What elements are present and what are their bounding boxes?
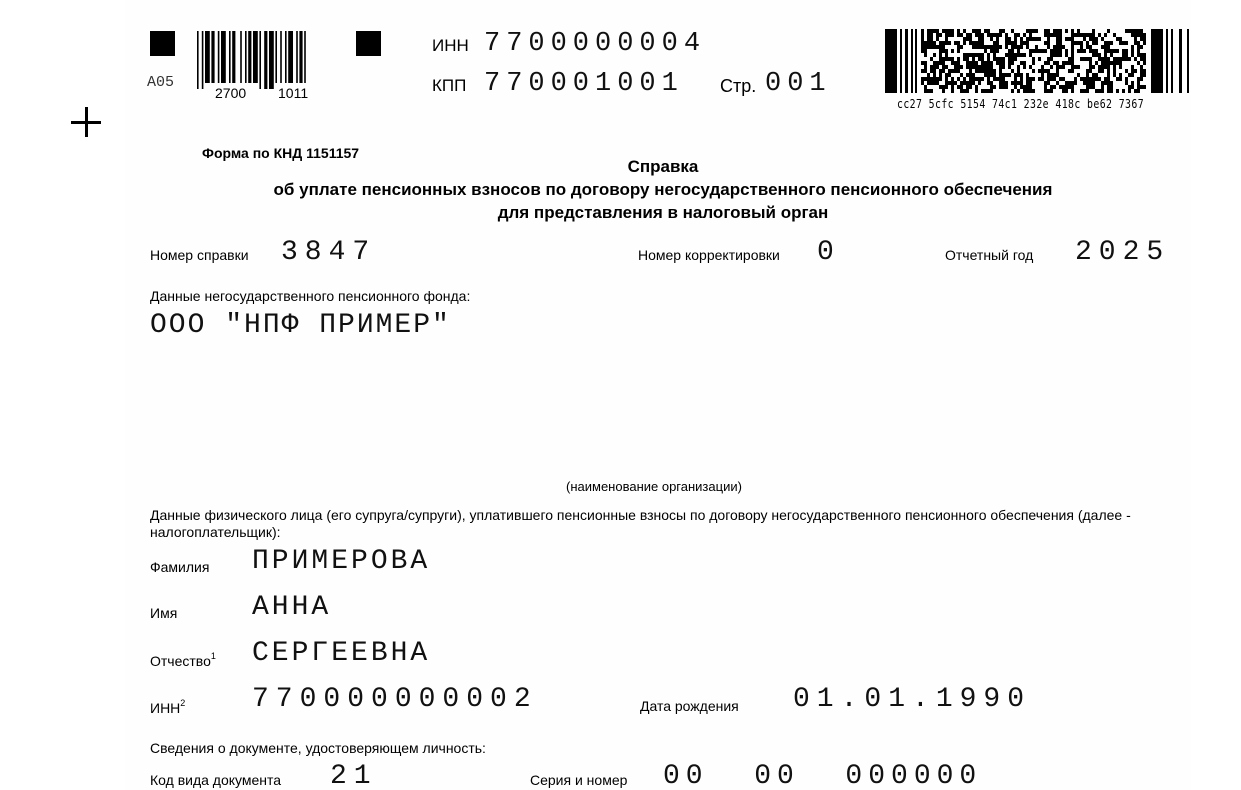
pdf417-barcode-icon xyxy=(885,29,1195,93)
person-inn-footnote: 2 xyxy=(180,698,185,708)
page-value: 001 xyxy=(765,69,832,99)
inn-value: 7700000004 xyxy=(484,29,706,59)
correction-value[interactable]: 0 xyxy=(817,237,843,268)
year-value[interactable]: 2025 xyxy=(1075,237,1170,268)
barcode-number-1: 2700 xyxy=(215,85,246,101)
patronymic-label-text: Отчество xyxy=(150,653,211,669)
page-label: Стр. xyxy=(720,76,756,97)
patronymic-label: Отчество1 xyxy=(150,651,216,669)
correction-label: Номер корректировки xyxy=(638,247,780,263)
barcode-number-2: 1011 xyxy=(278,85,308,101)
person-inn-value[interactable]: 770000000002 xyxy=(252,684,538,715)
patronymic-value[interactable]: СЕРГЕЕВНА xyxy=(252,638,430,669)
inn-label: ИНН xyxy=(432,36,469,56)
fund-label: Данные негосударственного пенсионного фо… xyxy=(150,288,470,304)
patronymic-footnote: 1 xyxy=(211,651,216,661)
name-value[interactable]: АННА xyxy=(252,592,331,623)
form-subtitle: об уплате пенсионных взносов по договору… xyxy=(0,180,1241,200)
registration-cross-icon xyxy=(85,107,88,137)
name-label: Имя xyxy=(150,605,177,621)
doc-series-label: Серия и номер xyxy=(530,772,627,788)
person-inn-label-text: ИНН xyxy=(150,700,180,716)
birth-date-label: Дата рождения xyxy=(640,698,739,714)
doc-series-value[interactable]: 00 00 000000 xyxy=(663,761,982,790)
barcode-hash: cc27 5cfc 5154 74c1 232e 418c be62 7367 xyxy=(897,97,1144,111)
birth-date-value[interactable]: 01.01.1990 xyxy=(793,684,1031,715)
fund-name-value[interactable]: ООО "НПФ ПРИМЕР" xyxy=(150,310,451,341)
kpp-value: 770001001 xyxy=(484,69,684,99)
cert-number-value[interactable]: 3847 xyxy=(281,237,376,268)
form-page xyxy=(125,0,1191,790)
barcode-icon xyxy=(197,31,337,89)
surname-value[interactable]: ПРИМЕРОВА xyxy=(252,546,430,577)
kpp-label: КПП xyxy=(432,76,466,96)
doc-code-label: Код вида документа xyxy=(150,772,281,788)
alignment-marker-left xyxy=(150,31,175,56)
surname-label: Фамилия xyxy=(150,559,209,575)
org-caption: (наименование организации) xyxy=(566,479,742,494)
person-intro: Данные физического лица (его супруга/суп… xyxy=(150,507,1150,541)
doc-section-label: Сведения о документе, удостоверяющем лич… xyxy=(150,740,486,756)
alignment-marker-right xyxy=(356,31,381,56)
year-label: Отчетный год xyxy=(945,247,1033,263)
form-subtitle-2: для представления в налоговый орган xyxy=(0,203,1241,223)
doc-code-value[interactable]: 21 xyxy=(330,761,378,790)
form-title: Справка xyxy=(0,157,1241,177)
person-inn-label: ИНН2 xyxy=(150,698,185,716)
barcode-code: A05 xyxy=(147,74,174,91)
cert-number-label: Номер справки xyxy=(150,247,249,263)
